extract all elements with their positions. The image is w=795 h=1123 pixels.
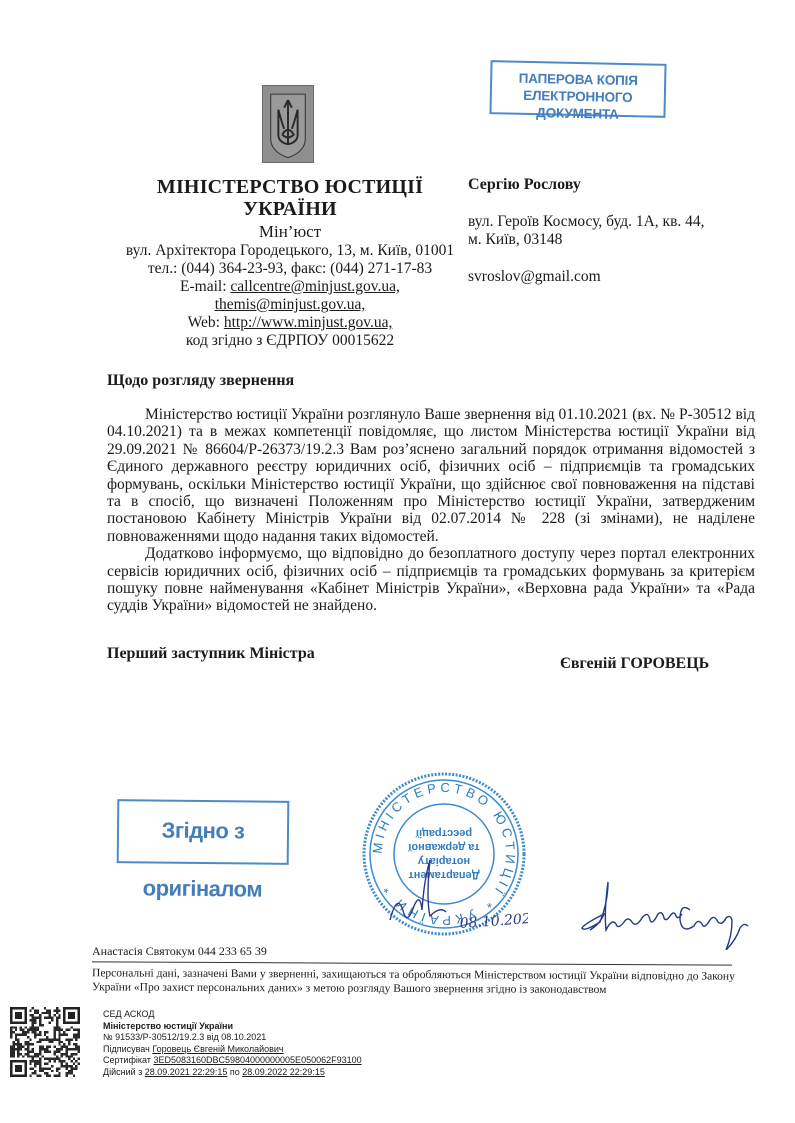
body-paragraph-2: Додатково інформуємо, що відповідно до б… — [107, 545, 755, 615]
ministry-header: МІНІСТЕРСТВО ЮСТИЦІЇ УКРАЇНИ Мін’юст вул… — [100, 176, 480, 350]
recipient-name: Сергію Рослову — [468, 176, 768, 194]
esign-signer: Горовець Євгеній Миколайович — [152, 1044, 283, 1054]
seal-inner-line3: та державної — [407, 841, 479, 853]
electronic-signature-block: СЕД АСКОД Міністерство юстиції України №… — [103, 1009, 362, 1078]
executor-contact: Анастасія Святокум 044 233 65 39 — [92, 944, 267, 959]
recipient-address-line2: м. Київ, 03148 — [468, 231, 768, 249]
ministry-title-country: УКРАЇНИ — [100, 198, 480, 220]
paper-copy-stamp: ПАПЕРОВА КОПІЯ ЕЛЕКТРОННОГО ДОКУМЕНТА — [489, 60, 666, 118]
seal-inner-line2: нотаріату — [417, 855, 470, 867]
body-paragraph-1: Міністерство юстиції України розглянуло … — [107, 406, 755, 545]
round-seal-icon: МІНІСТЕРСТВО ЮСТИЦІЇ * УКРАЇНИ * Департа… — [360, 770, 528, 938]
esign-signer-label: Підписувач — [103, 1044, 152, 1054]
footnote-divider — [92, 961, 732, 965]
seal-inner-line1: Департамент — [408, 869, 480, 881]
esign-system: СЕД АСКОД — [103, 1009, 362, 1021]
recipient-email: svroslov@gmail.com — [468, 268, 768, 286]
according-original-stamp: Згідно з оригіналом — [117, 799, 290, 865]
email-link-callcentre[interactable]: callcentre@minjust.gov.ua, — [230, 278, 400, 295]
signatory-role: Перший заступник Міністра — [107, 645, 315, 663]
esign-valid-to: 28.09.2022 22:29:15 — [242, 1067, 325, 1077]
web-link[interactable]: http://www.minjust.gov.ua, — [224, 314, 393, 331]
esign-organization: Міністерство юстиції України — [103, 1021, 362, 1033]
recipient-address-line1: вул. Героїв Космосу, буд. 1А, кв. 44, — [468, 213, 768, 231]
letter-body: Міністерство юстиції України розглянуло … — [107, 406, 755, 615]
esign-cert: 3ED5083160DBC59804000000005E050062F93100 — [153, 1055, 361, 1065]
esign-valid-label: Дійсний з — [103, 1067, 145, 1077]
email-label: E-mail: — [180, 278, 230, 295]
esign-valid-from: 28.09.2021 22:29:15 — [145, 1067, 228, 1077]
esign-cert-line: Сертифікат 3ED5083160DBC59804000000005E0… — [103, 1055, 362, 1067]
web-label: Web: — [188, 314, 224, 331]
ministry-email-line: E-mail: callcentre@minjust.gov.ua, — [100, 278, 480, 296]
esign-cert-label: Сертифікат — [103, 1055, 153, 1065]
paper-copy-stamp-line2: ЕЛЕКТРОННОГО ДОКУМЕНТА — [491, 86, 664, 124]
letter-subject: Щодо розгляду звернення — [107, 372, 294, 390]
esign-signer-line: Підписувач Горовець Євгеній Миколайович — [103, 1044, 362, 1056]
ministry-short-name: Мін’юст — [100, 222, 480, 242]
handwritten-signature-icon — [570, 870, 790, 950]
personal-data-footnote: Персональні дані, зазначені Вами у зверн… — [92, 966, 742, 997]
ministry-phones: тел.: (044) 364-23-93, факс: (044) 271-1… — [100, 260, 480, 278]
ministry-address: вул. Архітектора Городецького, 13, м. Ки… — [100, 242, 480, 260]
signatory-name: Євгеній ГОРОВЕЦЬ — [560, 655, 709, 673]
esign-validity-line: Дійсний з 28.09.2021 22:29:15 по 28.09.2… — [103, 1067, 362, 1079]
email-link-themis[interactable]: themis@minjust.gov.ua, — [215, 296, 366, 313]
coat-of-arms-icon — [262, 85, 314, 163]
ministry-email-line-2: themis@minjust.gov.ua, — [100, 296, 480, 314]
ministry-edrpou: код згідно з ЄДРПОУ 00015622 — [100, 332, 480, 350]
recipient-block: Сергію Рослову вул. Героїв Космосу, буд.… — [468, 176, 768, 286]
ministry-title: МІНІСТЕРСТВО ЮСТИЦІЇ — [100, 176, 480, 198]
ministry-web-line: Web: http://www.minjust.gov.ua, — [100, 314, 480, 332]
seal-inner-line4: реєстрації — [415, 827, 472, 839]
esign-reg-number: № 91533/Р-30512/19.2.3 від 08.10.2021 — [103, 1032, 362, 1044]
esign-valid-to-label: по — [227, 1067, 242, 1077]
qr-code-icon — [10, 1007, 80, 1077]
